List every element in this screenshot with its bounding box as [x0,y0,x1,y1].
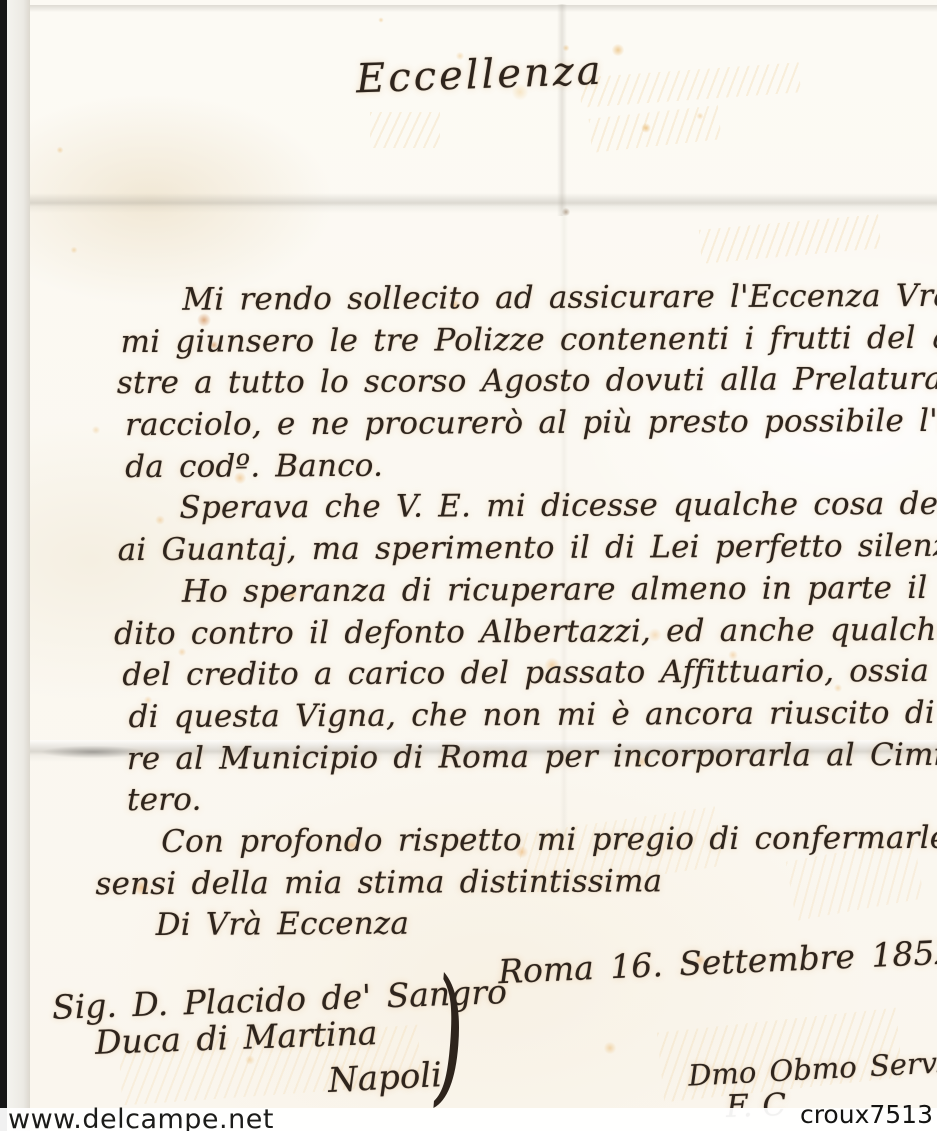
handwritten-line: sensi della mia stima distintissima [95,859,937,905]
stain-streak [370,112,440,148]
scan-edge-bar [0,0,7,1131]
watermark-delcampe: www.delcampe.net [8,1104,274,1131]
vertical-fold-crease [557,4,567,216]
handwritten-line: di questa Vigna, che non mi è ancora riu… [112,693,937,739]
salutation: Eccellenza [355,48,604,103]
handwritten-line: Mi rendo sollecito ad assicurare l'Eccen… [110,276,937,322]
watermark-username: croux7513 [800,1100,933,1129]
letter-body: Mi rendo sollecito ad assicurare l'Eccen… [110,276,937,947]
handwritten-line: tero. [113,776,937,822]
recipient-city: Napoli [327,1055,443,1101]
handwritten-line: stre a tutto lo scorso Agosto dovuti all… [111,359,937,405]
letter-scan-page: { "letter": { "salutation": "Eccellenza"… [0,0,937,1131]
handwritten-line: racciolo, e ne procurerò al più presto p… [111,401,937,447]
handwritten-line: dito contro il defonto Albertazzi, ed an… [112,609,937,655]
handwritten-line: mi giunsero le tre Polizze contenenti i … [110,318,937,364]
handwritten-line: da codº. Banco. [111,443,937,489]
handwritten-line: Con profondo rispetto mi pregio di confe… [113,818,937,864]
scan-edge-strip [7,0,30,1131]
handwritten-line: ai Guantaj, ma sperimento il di Lei perf… [112,526,937,572]
handwritten-line: Ho speranza di ricuperare almeno in part… [112,568,937,614]
horizontal-fold-crease [25,193,937,213]
top-fold-crease [0,5,937,13]
handwritten-line: Sperava che V. E. mi dicesse qualche cos… [111,484,937,530]
handwritten-line: del credito a carico del passato Affittu… [112,651,937,697]
handwritten-line: re al Municipio di Roma per incorporarla… [113,734,937,780]
